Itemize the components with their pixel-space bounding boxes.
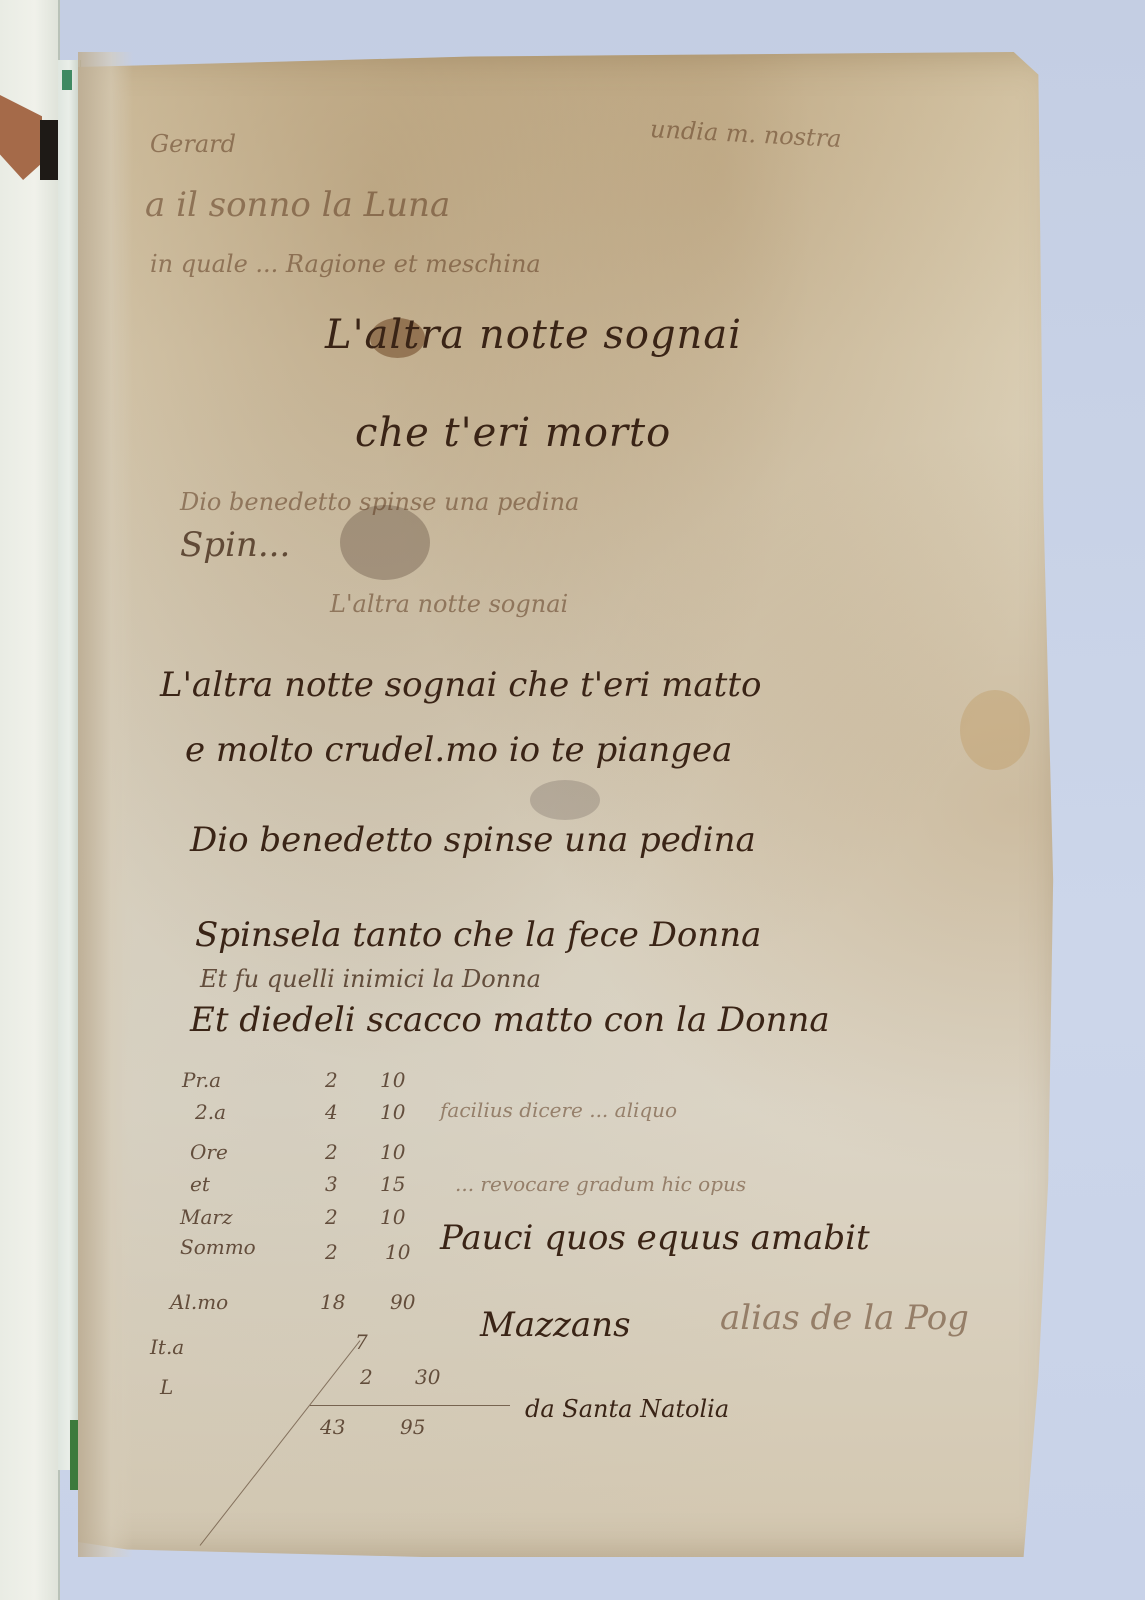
ledger-total-col1: 43 bbox=[320, 1415, 345, 1439]
ledger-total-col2: 95 bbox=[400, 1415, 425, 1439]
verse-a-line-1: L'altra notte sognai bbox=[325, 312, 742, 358]
ledger-col1-2: 4 bbox=[325, 1100, 338, 1124]
ledger-col2-4: 15 bbox=[380, 1172, 405, 1196]
ledger-label-9: L bbox=[160, 1375, 173, 1399]
ledger-label-4: et bbox=[190, 1172, 210, 1196]
ledger-col1-4: 3 bbox=[325, 1172, 338, 1196]
verse-a-line-2: che t'eri morto bbox=[355, 410, 671, 456]
verse-b-line-1: L'altra notte sognai che t'eri matto bbox=[160, 665, 761, 705]
torn-cover-patch bbox=[0, 95, 42, 180]
ledger-label-8: It.a bbox=[150, 1335, 184, 1359]
ledger-col1-6: 2 bbox=[325, 1240, 338, 1264]
ledger-col2-6: 10 bbox=[385, 1240, 410, 1264]
verse-b-line-2: e molto crudel.mo io te piangea bbox=[185, 730, 732, 770]
faded-line-3: L'altra notte sognai bbox=[330, 590, 568, 618]
note-line-5: da Santa Natolia bbox=[525, 1395, 729, 1423]
ledger-col2-7: 90 bbox=[390, 1290, 415, 1314]
page-gutter bbox=[78, 52, 133, 1557]
ledger-col1-3: 2 bbox=[325, 1140, 338, 1164]
scribble-line-2: a il sonno la Luna bbox=[145, 185, 450, 225]
ledger-col2-3: 10 bbox=[380, 1140, 405, 1164]
verse-b-line-4: Spinsela tanto che la fece Donna bbox=[195, 915, 761, 955]
ledger-label-2: 2.a bbox=[195, 1100, 226, 1124]
note-line-2: ... revocare gradum hic opus bbox=[455, 1172, 746, 1196]
scribble-line-3: in quale ... Ragione et meschina bbox=[150, 250, 541, 278]
ledger-col1-1: 2 bbox=[325, 1068, 338, 1092]
verse-b-line-6: Et diedeli scacco matto con la Donna bbox=[190, 1000, 830, 1040]
water-stain bbox=[340, 505, 430, 580]
verse-b-line-5: Et fu quelli inimici la Donna bbox=[200, 965, 541, 993]
binding-thread-top bbox=[62, 70, 72, 90]
ledger-label-5: Marz bbox=[180, 1205, 233, 1229]
note-line-3: Pauci quos equus amabit bbox=[440, 1218, 870, 1258]
note-line-4: Mazzans bbox=[480, 1305, 631, 1345]
scribble-line-1-left: Gerard bbox=[150, 130, 236, 158]
ledger-label-7: Al.mo bbox=[170, 1290, 228, 1314]
ledger-label-6: Sommo bbox=[180, 1235, 256, 1259]
faded-line-2: Spin... bbox=[180, 525, 290, 565]
note-line-1: facilius dicere ... aliquo bbox=[440, 1098, 677, 1122]
edge-stain bbox=[960, 690, 1030, 770]
foxing-spot bbox=[530, 780, 600, 820]
faded-line-1: Dio benedetto spinse una pedina bbox=[180, 488, 579, 516]
ledger-col2-9: 30 bbox=[415, 1365, 440, 1389]
ledger-label-3: Ore bbox=[190, 1140, 228, 1164]
ledger-sum-rule bbox=[310, 1405, 510, 1406]
ledger-col1-9: 2 bbox=[360, 1365, 373, 1389]
book-cover bbox=[0, 0, 60, 1600]
ledger-col1-5: 2 bbox=[325, 1205, 338, 1229]
verse-b-line-3: Dio benedetto spinse una pedina bbox=[190, 820, 756, 860]
ledger-label-1: Pr.a bbox=[182, 1068, 221, 1092]
note-line-4-faded: alias de la Pog bbox=[720, 1298, 969, 1338]
cover-shadow bbox=[40, 120, 60, 180]
ledger-col1-7: 18 bbox=[320, 1290, 345, 1314]
ledger-col2-5: 10 bbox=[380, 1205, 405, 1229]
ledger-col2-2: 10 bbox=[380, 1100, 405, 1124]
ledger-col2-1: 10 bbox=[380, 1068, 405, 1092]
